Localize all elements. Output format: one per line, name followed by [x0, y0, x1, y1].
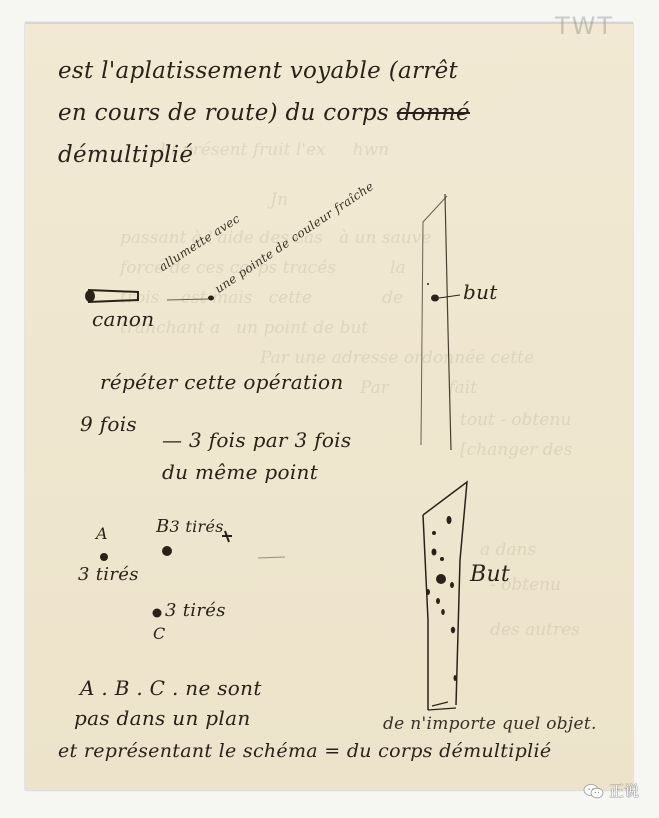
conclusion-insert: de n'importe quel objet. [383, 714, 597, 734]
manuscript-line-3: démultiplié [58, 142, 193, 168]
point-a-label: A [96, 524, 108, 543]
wechat-icon [583, 783, 605, 799]
watermark: 正说 [583, 780, 639, 801]
cannon-drawing [85, 290, 138, 302]
point-c-dot [153, 609, 162, 618]
point-a-dot [100, 553, 108, 561]
point-a-shots: 3 tirés [78, 564, 139, 585]
point-b-shots: 3 tirés [170, 517, 224, 536]
match-point [208, 296, 214, 301]
point-b-label: B3 tirés [156, 516, 224, 537]
conclusion-line-1: A . B . C . ne sont [80, 676, 262, 700]
point-b-letter: B [156, 516, 170, 537]
watermark-text: 正说 [609, 780, 639, 801]
manuscript-line-1: est l'aplatissement voyable (arrêt [58, 58, 458, 84]
times-9: 9 fois [80, 412, 137, 436]
cannon-label: canon [92, 307, 154, 331]
conclusion-line-3: et représentant le schéma = du corps dém… [58, 740, 551, 762]
target-board-top [421, 194, 460, 450]
conclusion-line-2: pas dans un plan [74, 706, 251, 730]
point-c-shots: 3 tirés [165, 600, 226, 621]
target-label-bottom: But [470, 562, 510, 587]
same-point: du même point [162, 460, 318, 484]
target-label-top: but [463, 280, 498, 304]
target-board-bottom [423, 482, 467, 710]
point-b-dot [162, 546, 172, 556]
manuscript-line-2: en cours de route) du corps donné [58, 100, 470, 126]
point-c-label: C [153, 624, 166, 643]
repeat-line: répéter cette opération [100, 370, 344, 394]
manuscript-line-2-text: en cours de route) du corps [58, 100, 389, 126]
times-3x3: — 3 fois par 3 fois [162, 428, 351, 452]
struck-word: donné [397, 100, 470, 126]
